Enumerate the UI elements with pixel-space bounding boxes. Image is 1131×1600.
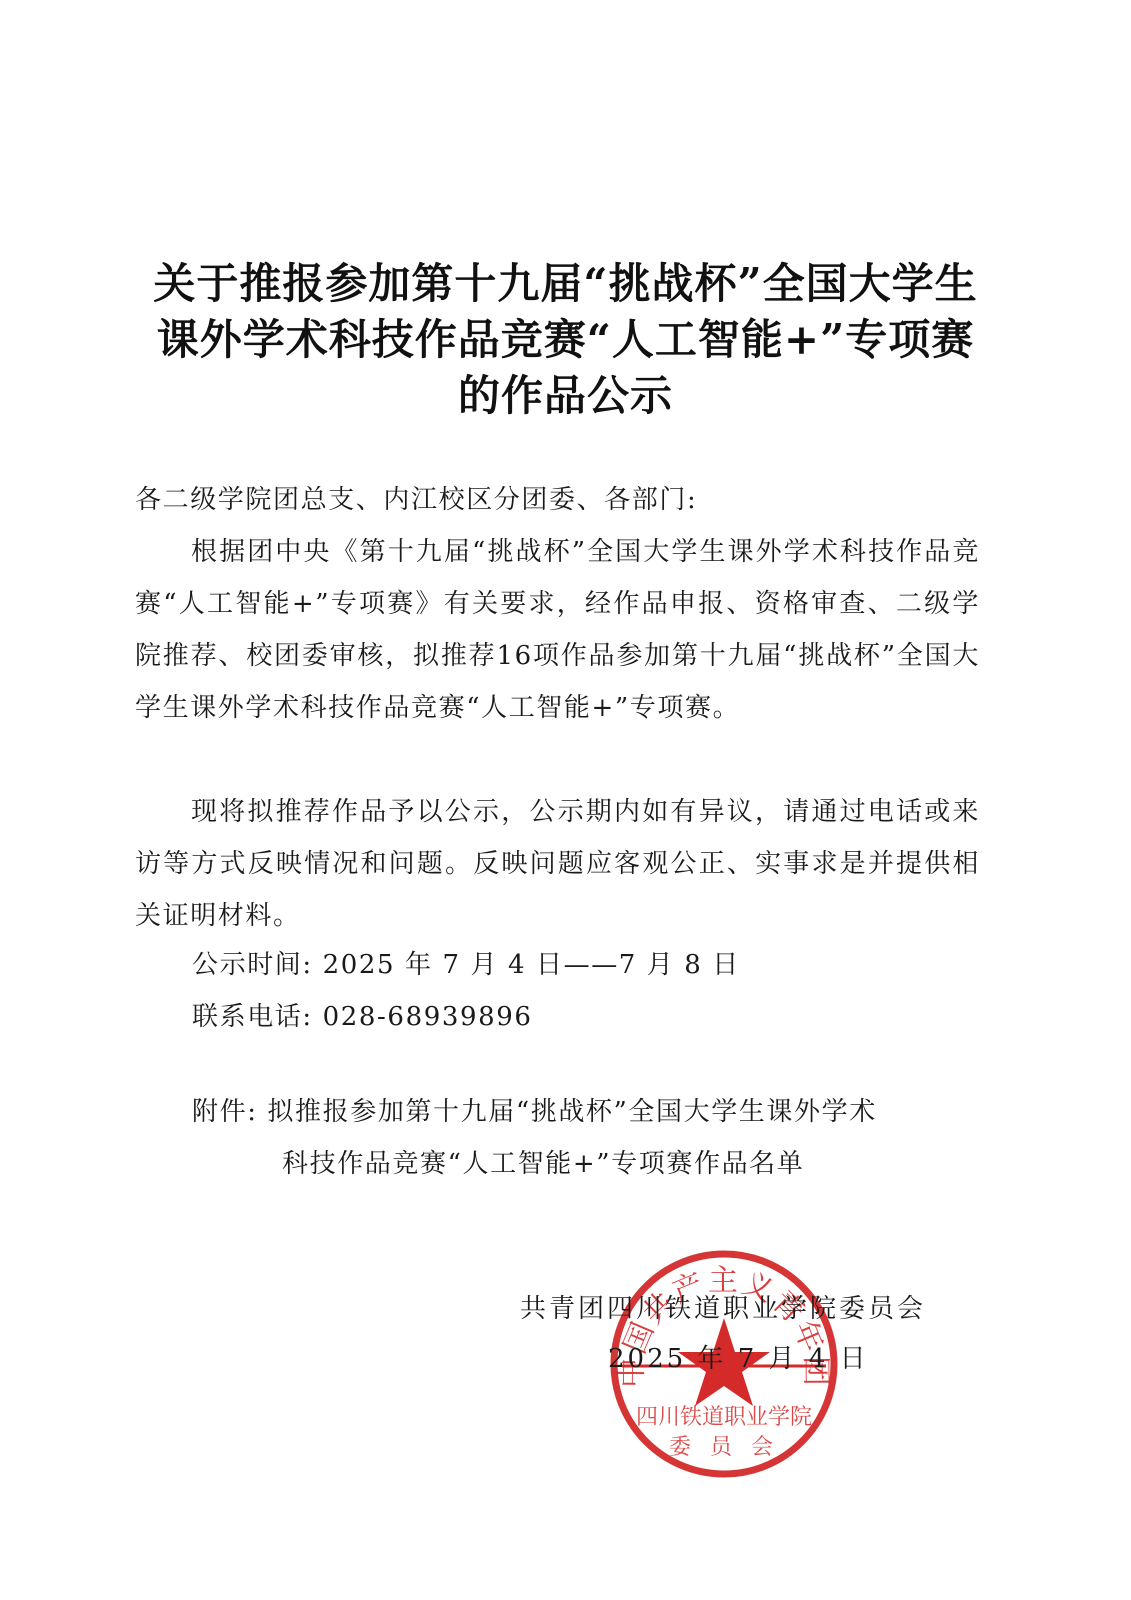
- title-line-2: 课外学术科技作品竞赛“人工智能+”专项赛: [0, 312, 1131, 368]
- svg-text:委 员 会: 委 员 会: [669, 1435, 779, 1460]
- document-page: 关于推报参加第十九届“挑战杯”全国大学生 课外学术科技作品竞赛“人工智能+”专项…: [0, 0, 1131, 1600]
- paragraph-objection-notice: 现将拟推荐作品予以公示，公示期内如有异议，请通过电话或来访等方式反映情况和问题。…: [135, 786, 980, 942]
- paragraph-recommendation: 根据团中央《第十九届“挑战杯”全国大学生课外学术科技作品竞赛“人工智能+”专项赛…: [135, 526, 980, 734]
- attachment-note: 附件: 拟推报参加第十九届“挑战杯”全国大学生课外学术 科技作品竞赛“人工智能+…: [192, 1086, 982, 1190]
- issuing-organization: 共青团四川铁道职业学院委员会: [520, 1288, 926, 1325]
- svg-text:四川铁道职业学院: 四川铁道职业学院: [636, 1405, 812, 1430]
- document-title: 关于推报参加第十九届“挑战杯”全国大学生 课外学术科技作品竞赛“人工智能+”专项…: [0, 256, 1131, 424]
- attachment-line-2: 科技作品竞赛“人工智能+”专项赛作品名单: [192, 1138, 982, 1190]
- issue-date: 2025 年 7 月 4 日: [608, 1338, 869, 1375]
- contact-phone: 联系电话: 028-68939896: [192, 996, 533, 1033]
- publication-time: 公示时间: 2025 年 7 月 4 日——7 月 8 日: [192, 944, 740, 981]
- title-line-1: 关于推报参加第十九届“挑战杯”全国大学生: [0, 256, 1131, 312]
- title-line-3: 的作品公示: [0, 368, 1131, 424]
- salutation: 各二级学院团总支、内江校区分团委、各部门:: [135, 474, 980, 526]
- attachment-line-1: 附件: 拟推报参加第十九届“挑战杯”全国大学生课外学术: [192, 1086, 982, 1138]
